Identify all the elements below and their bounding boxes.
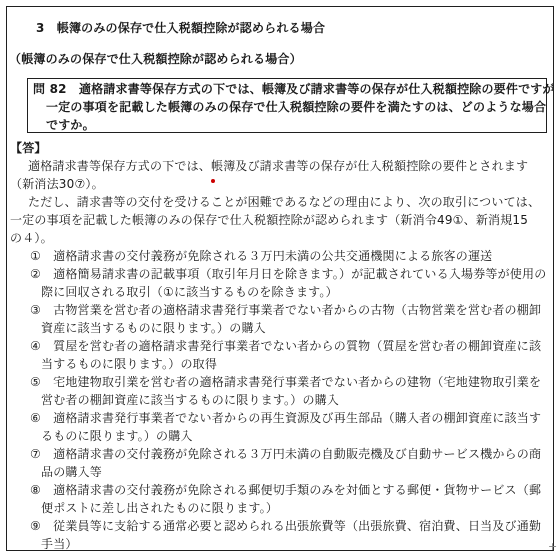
question-line: 一定の事項を記載した帳簿のみの保存で仕入税額控除の要件を満たすのは、どのような場…	[33, 98, 542, 116]
list-item-line: ⑦ 適格請求書の交付義務が免除される３万円未満の自動販売機及び自動サービス機から…	[30, 445, 541, 463]
list-item-line: ③ 古物営業を営む者の適格請求書発行事業者でない者からの古物（古物営業を営む者の…	[30, 301, 541, 319]
list-item-line: 手当）	[41, 535, 78, 551]
section-subtitle: （帳簿のみの保存で仕入税額控除が認められる場合）	[9, 50, 302, 68]
question-box: 問 82 適格請求書等保存方式の下では、帳簿及び請求書等の保存が仕入税額控除の要…	[27, 78, 547, 133]
question-line: 問 82 適格請求書等保存方式の下では、帳簿及び請求書等の保存が仕入税額控除の要…	[33, 80, 542, 98]
list-item-line: 品の購入等	[41, 463, 102, 481]
answer-paragraph-line: ただし、請求書等の交付を受けることが困難であるなどの理由により、次の取引について…	[28, 193, 540, 211]
list-item-line: ① 適格請求書の交付義務が免除される３万円未満の公共交通機関による旅客の運送	[30, 247, 492, 265]
section-heading: 3 帳簿のみの保存で仕入税額控除が認められる場合	[36, 19, 325, 37]
list-item-line: 便ポストに差し出されたものに限ります。）	[41, 499, 278, 517]
list-item-line: 資産に該当するものに限ります。）の購入	[41, 319, 266, 337]
list-item-line: ⑨ 従業員等に支給する通常必要と認められる出張旅費等（出張旅費、宿泊費、日当及び…	[30, 517, 541, 535]
list-item-line: ⑥ 適格請求書発行事業者でない者からの再生資源及び再生部品（購入者の棚卸資産に該…	[30, 409, 541, 427]
list-item-line: ⑧ 適格請求書の交付義務が免除される郵便切手類のみを対価とする郵便・貨物サービス…	[30, 481, 541, 499]
list-item-line: 当するものに限ります。）の取得	[41, 355, 217, 373]
answer-paragraph-line: （新消法30⑦）。	[10, 175, 104, 193]
answer-paragraph-line: の４）。	[10, 229, 53, 247]
page-corner-mark: +	[548, 541, 557, 552]
answer-heading: 【答】	[10, 139, 47, 157]
list-item-line: ⑤ 宅地建物取引業を営む者の適格請求書発行事業者でない者からの建物（宅地建物取引…	[30, 373, 541, 391]
list-item-line: るものに限ります。）の購入	[41, 427, 193, 445]
document-page: 3 帳簿のみの保存で仕入税額控除が認められる場合 （帳簿のみの保存で仕入税額控除…	[6, 6, 554, 551]
red-dot-marker	[211, 179, 215, 183]
answer-paragraph-line: 一定の事項を記載した帳簿のみの保存で仕入税額控除が認められます（新消令49①、新…	[10, 211, 528, 229]
question-line: ですか。	[33, 116, 542, 134]
list-item-line: ④ 質屋を営む者の適格請求書発行事業者でない者からの質物（質屋を営む者の棚卸資産…	[30, 337, 541, 355]
list-item-line: 際に回収される取引（①に該当するものを除きます。）	[41, 283, 338, 301]
answer-paragraph-line: 適格請求書等保存方式の下では、帳簿及び請求書等の保存が仕入税額控除の要件とされま…	[28, 157, 528, 175]
list-item-line: 営む者の棚卸資産に該当するものに限ります。）の購入	[41, 391, 339, 409]
list-item-line: ② 適格簡易請求書の記載事項（取引年月日を除きます。）が記載されている入場券等が…	[30, 265, 546, 283]
